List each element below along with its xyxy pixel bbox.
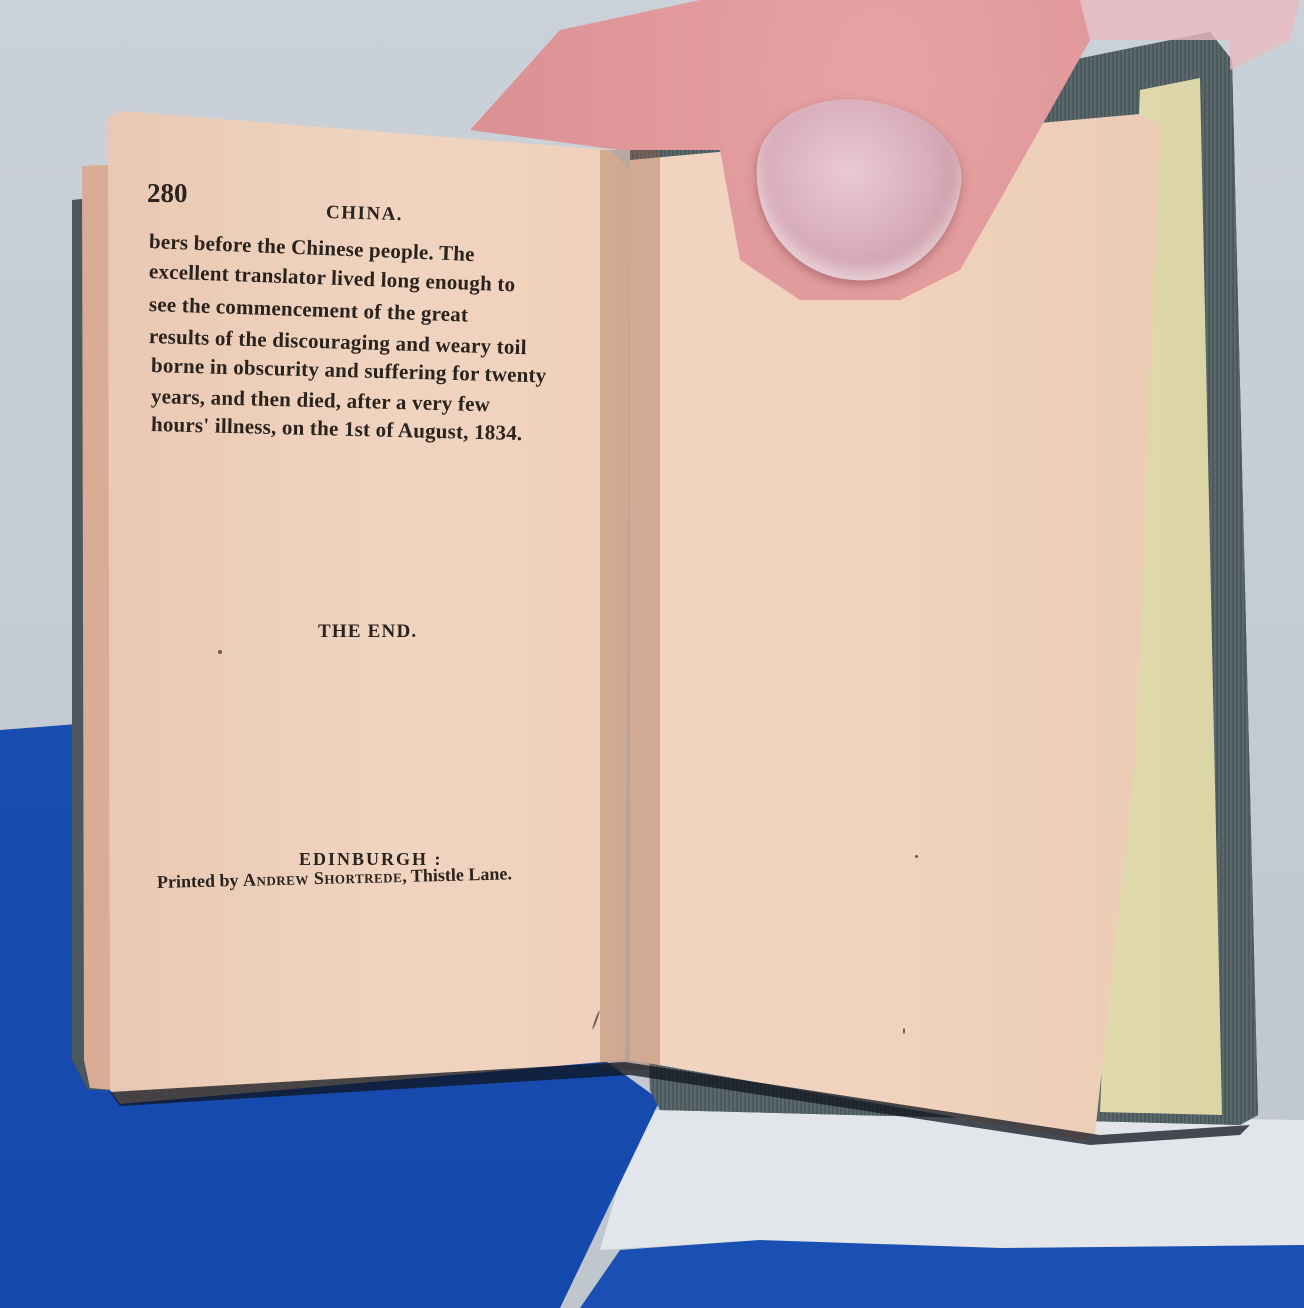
paper-speck [903, 1028, 905, 1034]
imprint-prefix: Printed by [157, 870, 243, 892]
page-number: 280 [147, 178, 188, 209]
imprint-suffix: , Thistle Lane. [402, 863, 512, 886]
the-end-heading: THE END. [318, 621, 417, 643]
imprint-printer-name: Andrew Shortrede [243, 866, 403, 890]
running-head: CHINA. [326, 202, 404, 226]
paper-speck [218, 650, 222, 654]
paper-speck [915, 855, 918, 858]
